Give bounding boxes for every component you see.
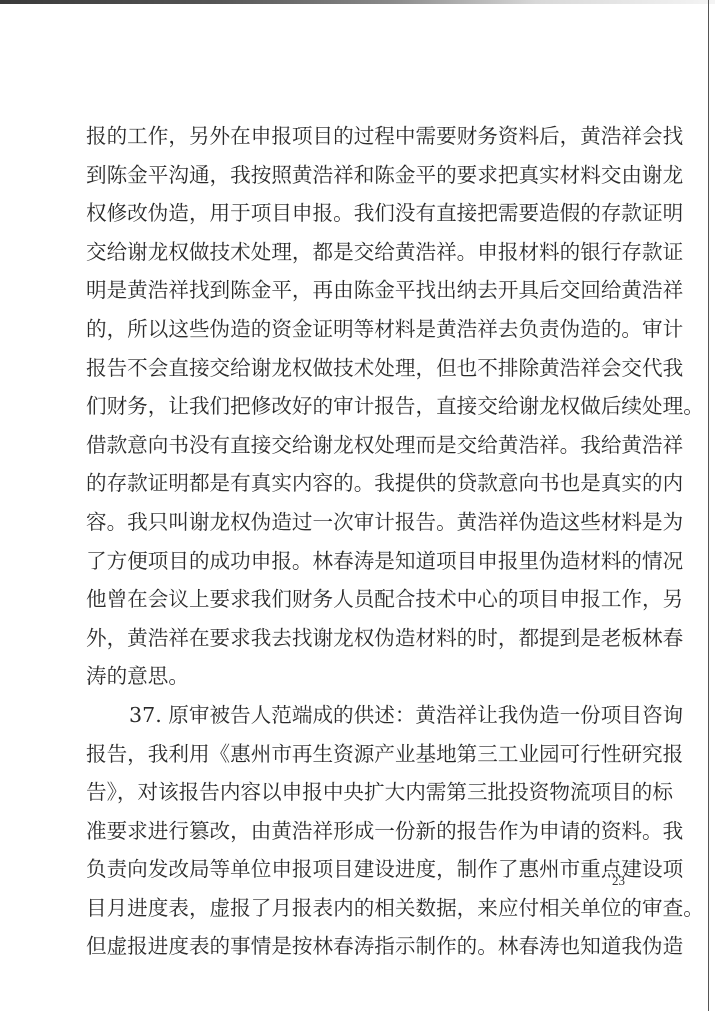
text-line: 容。我只叫谢龙权伪造过一次审计报告。黄浩祥伪造这些材料是为 (86, 503, 634, 542)
text-line: 外，黄浩祥在要求我去找谢龙权伪造材料的时，都提到是老板林春 (86, 619, 634, 658)
text-line: 权修改伪造，用于项目申报。我们没有直接把需要造假的存款证明 (86, 194, 634, 233)
text-line: 交给谢龙权做技术处理，都是交给黄浩祥。申报材料的银行存款证 (86, 233, 634, 272)
text-line: 报的工作，另外在申报项目的过程中需要财务资料后，黄浩祥会找 (86, 117, 634, 156)
text-line: 的，所以这些伪造的资金证明等材料是黄浩祥去负责伪造的。审计 (86, 310, 634, 349)
text-line: 负责向发改局等单位申报项目建设进度，制作了惠州市重点建设项 (86, 850, 634, 889)
paragraph-2: 37. 原审被告人范端成的供述：黄浩祥让我伪造一份项目咨询 报告，我利用《惠州市… (86, 696, 634, 966)
text-line: 的存款证明都是有真实内容的。我提供的贷款意向书也是真实的内 (86, 464, 634, 503)
paragraph-1: 报的工作，另外在申报项目的过程中需要财务资料后，黄浩祥会找 到陈金平沟通，我按照… (86, 117, 634, 696)
scan-top-edge (0, 0, 715, 4)
document-page-body: 报的工作，另外在申报项目的过程中需要财务资料后，黄浩祥会找 到陈金平沟通，我按照… (86, 117, 634, 966)
text-line: 借款意向书没有直接交给谢龙权处理而是交给黄浩祥。我给黄浩祥 (86, 426, 634, 465)
scan-right-edge (708, 0, 709, 1011)
text-line: 但虚报进度表的事情是按林春涛指示制作的。林春涛也知道我伪造 (86, 927, 634, 966)
text-line: 准要求进行篡改，由黄浩祥形成一份新的报告作为申请的资料。我 (86, 812, 634, 851)
text-line: 们财务，让我们把修改好的审计报告，直接交给谢龙权做后续处理。 (86, 387, 634, 426)
text-line: 告》，对该报告内容以申报中央扩大内需第三批投资物流项目的标 (86, 773, 634, 812)
text-line: 了方便项目的成功申报。林春涛是知道项目申报里伪造材料的情况 (86, 542, 634, 581)
text-line: 明是黄浩祥找到陈金平，再由陈金平找出纳去开具后交回给黄浩祥 (86, 271, 634, 310)
text-line: 涛的意思。 (86, 657, 634, 696)
text-line: 报告不会直接交给谢龙权做技术处理，但也不排除黄浩祥会交代我 (86, 349, 634, 388)
text-line: 目月进度表，虚报了月报表内的相关数据，来应付相关单位的审查。 (86, 889, 634, 928)
page-number: 23 (612, 873, 625, 889)
text-line: 37. 原审被告人范端成的供述：黄浩祥让我伪造一份项目咨询 (86, 696, 634, 735)
text-line: 到陈金平沟通，我按照黄浩祥和陈金平的要求把真实材料交由谢龙 (86, 156, 634, 195)
text-line: 他曾在会议上要求我们财务人员配合技术中心的项目申报工作，另 (86, 580, 634, 619)
text-line: 报告，我利用《惠州市再生资源产业基地第三工业园可行性研究报 (86, 735, 634, 774)
